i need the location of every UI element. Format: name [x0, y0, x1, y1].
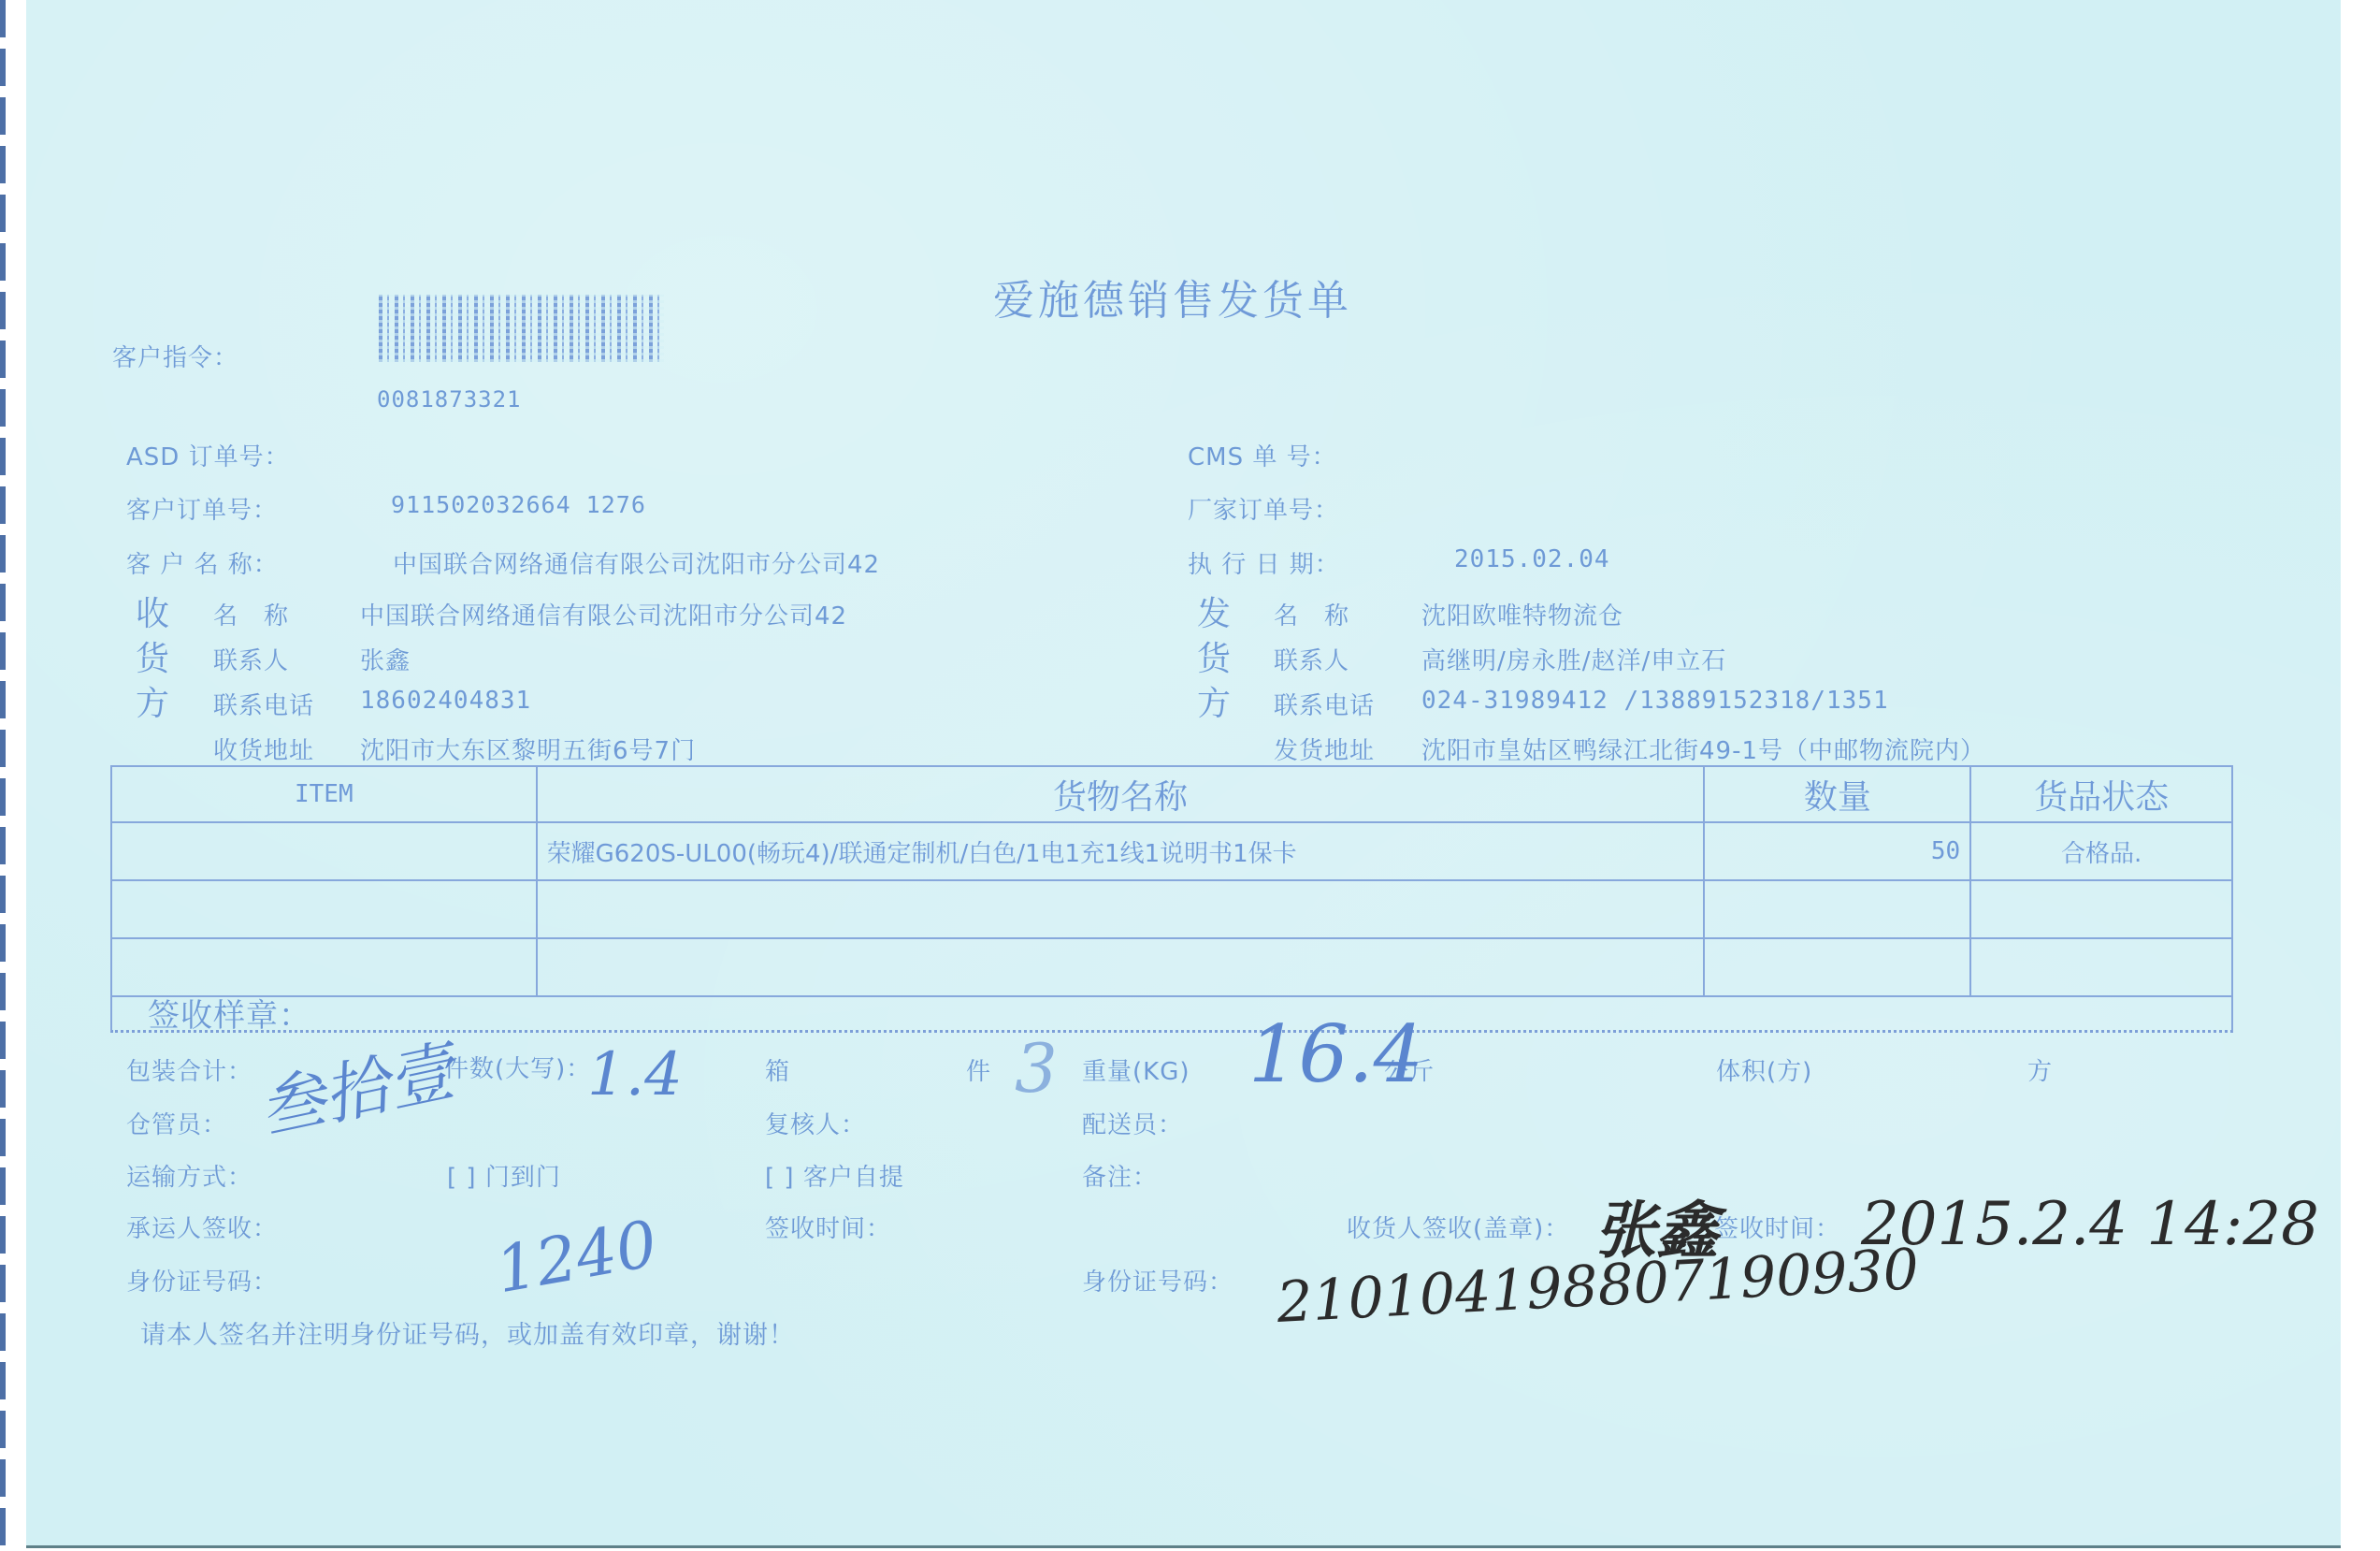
- dispatcher-label: 配送员：: [1082, 1106, 1183, 1140]
- sender-address-label: 发货地址: [1274, 732, 1375, 766]
- perforated-edge: [0, 0, 6, 1551]
- box-label: 箱: [765, 1052, 790, 1087]
- sender-contact-value: 高继明/房永胜/赵洋/申立石: [1421, 642, 1726, 676]
- receiver-contact-label: 联系人: [213, 642, 289, 676]
- reviewer-label: 复核人：: [765, 1106, 866, 1140]
- customer-order-value: 911502032664 1276: [391, 491, 646, 518]
- sender-phone-label: 联系电话: [1274, 687, 1375, 721]
- receiver-name-label: 名 称: [213, 597, 289, 631]
- self-pickup-checkbox[interactable]: [ ] 客户自提: [765, 1158, 904, 1193]
- col-item: ITEM: [111, 766, 537, 822]
- goods-table: ITEM 货物名称 数量 货品状态 荣耀G620S-UL00(畅玩4)/联通定制…: [110, 765, 2233, 997]
- sender-contact-label: 联系人: [1274, 642, 1349, 676]
- receiver-sign-label: 收货人签收(盖章)：: [1347, 1210, 1569, 1244]
- col-status: 货品状态: [1970, 766, 2232, 822]
- stamp-label: 签收样章：: [148, 990, 311, 1036]
- customer-name-label: 客 户 名 称：: [126, 545, 279, 580]
- sender-side-char-2: 货: [1197, 632, 1232, 680]
- door-to-door-checkbox[interactable]: [ ] 门到门: [447, 1158, 561, 1193]
- remarks-label: 备注：: [1082, 1158, 1158, 1193]
- receiver-phone-value: 18602404831: [360, 687, 531, 715]
- sender-phone-value: 024-31989412 /13889152318/1351: [1421, 687, 1889, 715]
- notice-text: 请本人签名并注明身份证号码，或加盖有效印章，谢谢！: [140, 1314, 795, 1351]
- volume-label: 体积(方): [1716, 1052, 1812, 1087]
- volume-unit: 方: [2027, 1052, 2053, 1087]
- sender-side-char-3: 方: [1197, 677, 1232, 725]
- exec-date-value: 2015.02.04: [1454, 545, 1610, 573]
- document-title: 爱施德销售发货单: [993, 267, 1352, 326]
- customer-order-label: 客户订单号：: [126, 491, 278, 526]
- table-row: 荣耀G620S-UL00(畅玩4)/联通定制机/白色/1电1充1线1说明书1保卡…: [111, 822, 2232, 880]
- exec-date-label: 执 行 日 期：: [1188, 545, 1340, 580]
- asd-order-label: ASD 订单号：: [126, 438, 290, 472]
- sender-address-value: 沈阳市皇姑区鸭绿江北街49-1号（中邮物流院内）: [1421, 732, 1985, 766]
- sender-name-label: 名 称: [1274, 597, 1349, 631]
- package-total-label: 包装合计：: [126, 1052, 252, 1087]
- customer-name-value: 中国联合网络通信有限公司沈阳市分公司42: [393, 545, 880, 580]
- cell-quantity: [1704, 880, 1970, 938]
- receiver-contact-value: 张鑫: [360, 642, 411, 676]
- cell-item: [111, 880, 537, 938]
- handwritten-receive-time: 2015.2.4 14:28: [1861, 1190, 2319, 1259]
- sender-side-char-1: 发: [1197, 587, 1232, 635]
- cell-item: [111, 822, 537, 880]
- handwritten-pieces: 1.4: [587, 1040, 683, 1109]
- cell-goods-name: 荣耀G620S-UL00(畅玩4)/联通定制机/白色/1电1充1线1说明书1保卡: [537, 822, 1705, 880]
- receiver-address-value: 沈阳市大东区黎明五街6号7门: [360, 732, 696, 766]
- receiver-side-char-1: 收: [136, 587, 170, 635]
- pieces-label: 件数(大写)：: [444, 1050, 591, 1084]
- handwritten-boxes: 3: [1015, 1029, 1058, 1108]
- barcode-number: 0081873321: [377, 386, 522, 413]
- cell-status: [1970, 880, 2232, 938]
- receiver-side-char-2: 货: [136, 632, 170, 680]
- sign-time-label: 签收时间：: [765, 1210, 891, 1244]
- handwritten-weight: 16.4: [1248, 1008, 1423, 1100]
- factory-order-label: 厂家订单号：: [1188, 491, 1339, 526]
- cms-label: CMS 单 号：: [1188, 438, 1337, 472]
- id-label-left: 身份证号码：: [126, 1263, 278, 1297]
- table-row: [111, 880, 2232, 938]
- receiver-sign-time-label: 签收时间：: [1714, 1210, 1840, 1244]
- receiver-address-label: 收货地址: [213, 732, 314, 766]
- table-header-row: ITEM 货物名称 数量 货品状态: [111, 766, 2232, 822]
- carrier-sign-label: 承运人签收：: [126, 1210, 278, 1244]
- sender-name-value: 沈阳欧唯特物流仓: [1421, 597, 1623, 631]
- weight-label: 重量(KG): [1082, 1052, 1190, 1087]
- cell-quantity: 50: [1704, 822, 1970, 880]
- id-label-right: 身份证号码：: [1082, 1263, 1233, 1297]
- col-quantity: 数量: [1704, 766, 1970, 822]
- cell-status: 合格品.: [1970, 822, 2232, 880]
- cell-goods-name: [537, 880, 1705, 938]
- receiver-phone-label: 联系电话: [213, 687, 314, 721]
- warehouse-keeper-label: 仓管员：: [126, 1106, 227, 1140]
- receiver-name-value: 中国联合网络通信有限公司沈阳市分公司42: [360, 597, 847, 631]
- barcode-icon: [379, 295, 664, 362]
- receiver-side-char-3: 方: [136, 677, 170, 725]
- transport-label: 运输方式：: [126, 1158, 252, 1193]
- customer-instruction-label: 客户指令：: [112, 339, 238, 373]
- piece-label: 件: [966, 1052, 991, 1087]
- col-goods-name: 货物名称: [537, 766, 1705, 822]
